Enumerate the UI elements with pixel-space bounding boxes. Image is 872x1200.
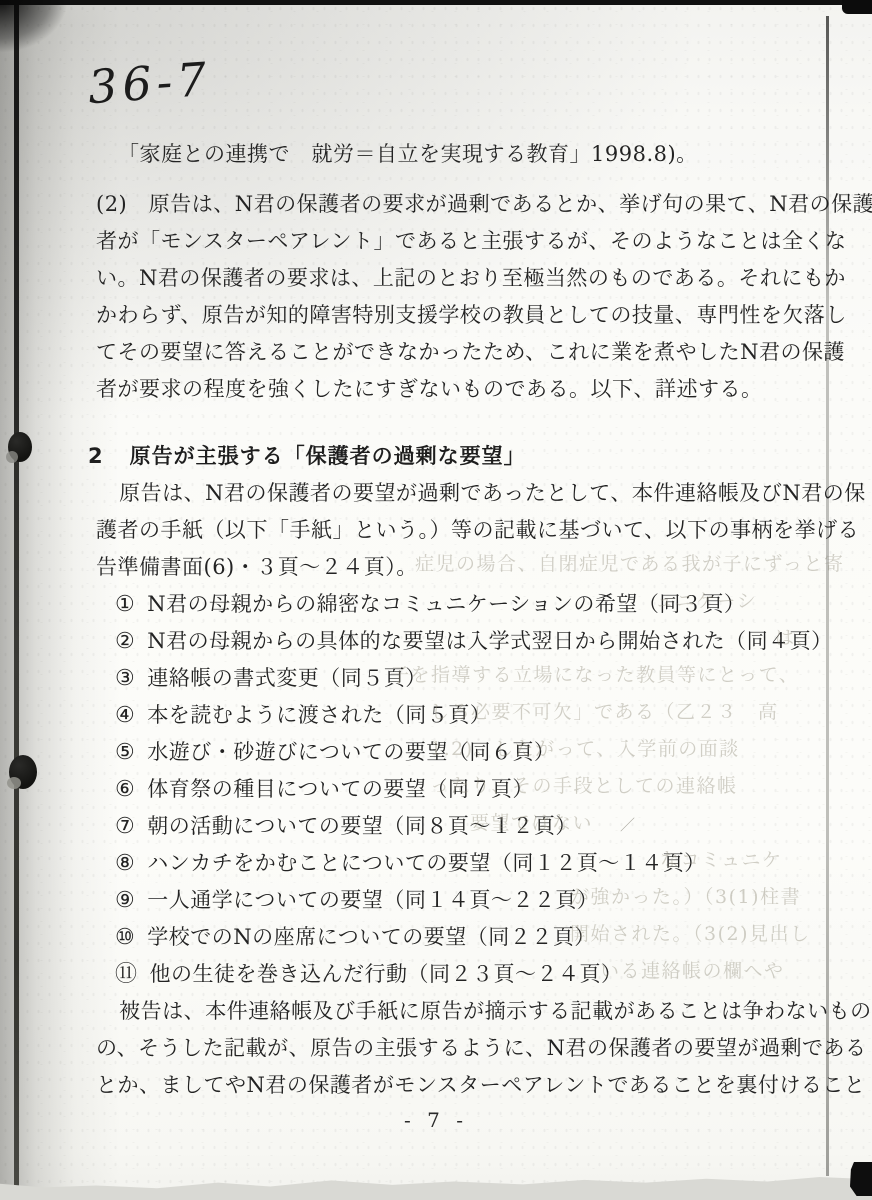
circled-number: ⑨ (115, 882, 135, 919)
circled-number: ④ (115, 697, 135, 734)
circled-number: ⑦ (115, 808, 135, 845)
list-item-text: ハンカチをかむことについての要望（同１２頁～１４頁） (147, 851, 706, 875)
bleedthrough-text: 1.2)。したがって、入学前の面談 (430, 734, 740, 761)
list-item-text: 一人通学についての要望（同１４頁～２２頁） (147, 888, 598, 912)
citation-line: 「家庭との連携で 就労＝自立を実現する教育」1998.8)。 (96, 138, 832, 170)
handwritten-exhibit-number: 36-7 (86, 52, 213, 114)
scan-corner-bottom-right (850, 1162, 872, 1196)
circled-number: ① (115, 586, 135, 623)
section-heading: 2原告が主張する「保護者の過剰な要望」 (88, 438, 832, 475)
paragraph-line: 被告は、本件連絡帳及び手紙に原告が摘示する記載があることは争わないもの (96, 993, 832, 1030)
circled-number: ⑥ (115, 771, 135, 808)
bleedthrough-text: いる連絡帳の欄へや (600, 956, 785, 983)
bleedthrough-text: ったり、その手段としての連絡帳 (430, 771, 738, 798)
bleedthrough-text: は、 (775, 623, 816, 650)
section-number: 2 (88, 444, 104, 468)
paragraph-2: (2) 原告は、N君の保護者の要求が過剰であるとか、挙げ句の果て、N君の保護者が… (96, 186, 832, 408)
closing-paragraph: 被告は、本件連絡帳及び手紙に原告が摘示する記載があることは争わないものの、そうし… (96, 993, 832, 1104)
paragraph-line: 者が「モンスターペアレント」であると主張するが、そのようなことは全くな (96, 223, 832, 260)
binder-spine-line (14, 0, 19, 1200)
circled-number: ⑩ (115, 919, 135, 956)
bleedthrough-text: ュニケーシ (655, 586, 757, 613)
list-item: ②N君の母親からの具体的な要望は入学式翌日から開始された（同４頁） (96, 623, 832, 660)
bleedthrough-text: しろ必要不可欠」である（乙２３ 高 (430, 697, 779, 724)
bleedthrough-text: 症児の場合、自閉症児である我が子にずっと寄 (415, 549, 844, 576)
scanned-document-page: 36-7 「家庭との連携で 就労＝自立を実現する教育」1998.8)。 (2) … (0, 0, 872, 1200)
paragraph-line: かわらず、原告が知的障害特別支援学校の教員としての技量、専門性を欠落し (96, 297, 832, 334)
circled-number: ⑪ (115, 956, 138, 993)
list-item: ⑦朝の活動についての要望（同８頁～１２頁） (96, 808, 832, 845)
scan-bottom-paper-edge (0, 1172, 872, 1200)
list-item-text: 学校でのNの座席についての要望（同２２頁） (147, 925, 595, 949)
section-title: 原告が主張する「保護者の過剰な要望」 (130, 444, 526, 468)
circled-number: ③ (115, 660, 135, 697)
paragraph-line: の、そうした記載が、原告の主張するように、N君の保護者の要望が過剰である (96, 1030, 832, 1067)
bleedthrough-text: 子を指導する立場になった教員等にとって、 (390, 660, 799, 687)
punch-hole-bottom (9, 755, 37, 789)
circled-number: ② (115, 623, 135, 660)
bleedthrough-text: 要望ではない (470, 808, 593, 835)
bleedthrough-text: 開始された。（3(2)見出し (570, 919, 811, 946)
paragraph-line: 者が要求の程度を強くしたにすぎないものである。以下、詳述する。 (96, 371, 832, 408)
paragraph-line: とか、ましてやN君の保護者がモンスターペアレントであることを裏付けること (96, 1067, 832, 1104)
circled-number: ⑤ (115, 734, 135, 771)
paragraph-line: い。N君の保護者の要求は、上記のとおり至極当然のものである。それにもか (96, 260, 832, 297)
stray-pen-mark: ／ (620, 814, 637, 835)
circled-number: ⑧ (115, 845, 135, 882)
paragraph-line: てその要望に答えることができなかったため、これに業を煮やしたN君の保護 (96, 334, 832, 371)
paragraph-line: 護者の手紙（以下「手紙」という。）等の記載に基づいて、以下の事柄を挙げる（原 (96, 512, 832, 549)
list-item-text: 他の生徒を巻き込んだ行動（同２３頁～２４頁） (150, 962, 623, 986)
bleedthrough-text: が強かった。）（3(1)柱書 (570, 882, 801, 909)
scan-top-edge (0, 0, 872, 5)
paragraph-line: 原告は、N君の保護者の要望が過剰であったとして、本件連絡帳及びN君の保 (96, 475, 832, 512)
list-item-text: 連絡帳の書式変更（同５頁） (147, 666, 427, 690)
paragraph-line: (2) 原告は、N君の保護者の要求が過剰であるとか、挙げ句の果て、N君の保護 (96, 186, 832, 223)
page-number: - 7 - (0, 1108, 872, 1132)
list-item-text: N君の母親からの具体的な要望は入学式翌日から開始された（同４頁） (147, 629, 832, 653)
scan-corner-top-right (842, 0, 872, 14)
bleedthrough-text: なコミュニケ (660, 845, 783, 872)
punch-hole-top (8, 432, 32, 462)
